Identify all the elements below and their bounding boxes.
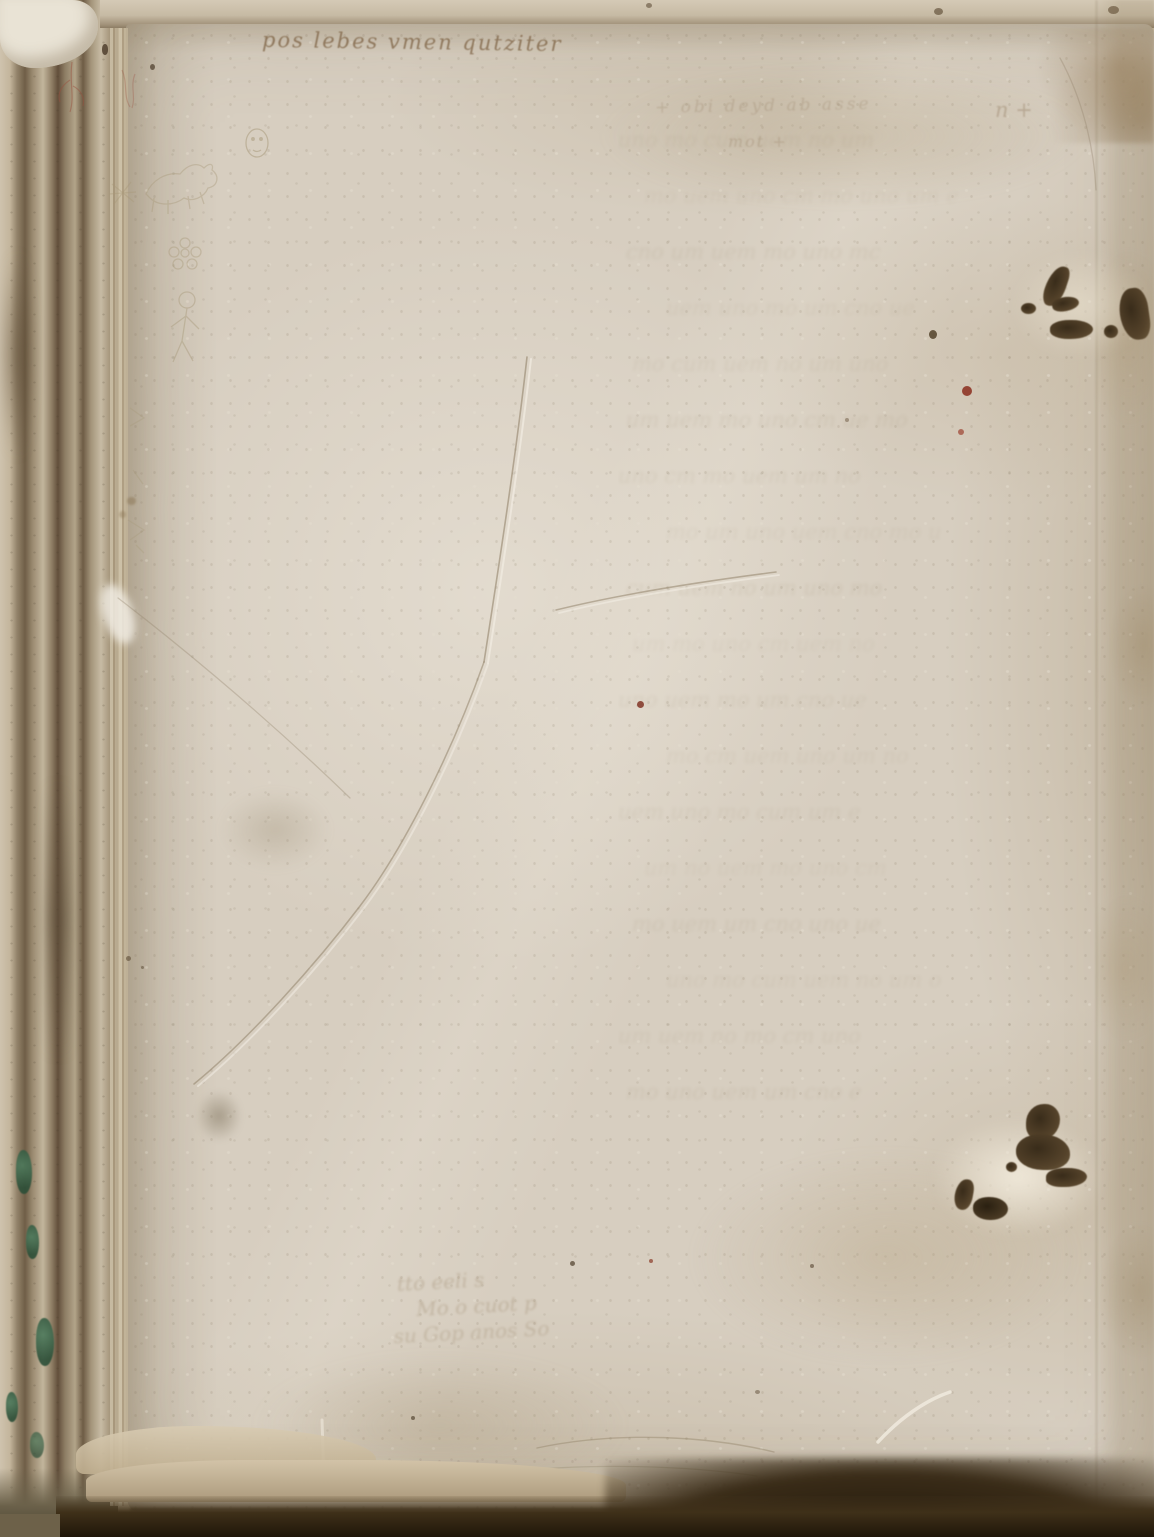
animal-sketch — [146, 164, 217, 214]
crease-lines — [118, 58, 1096, 1482]
faint-sketches — [109, 129, 268, 553]
red-ink-spot — [958, 429, 964, 435]
parchment-hole — [1104, 325, 1118, 338]
bottom-dark-band — [0, 1514, 60, 1537]
wormhole-speck — [150, 64, 155, 70]
dark-speck — [934, 8, 943, 15]
dark-speck — [126, 956, 131, 961]
red-ink-spot — [649, 1259, 653, 1263]
dark-speck — [646, 3, 652, 8]
parchment-hole — [1006, 1162, 1017, 1172]
dark-speck — [570, 1261, 575, 1266]
red-plant-sketch — [59, 62, 135, 112]
parchment-hole — [973, 1197, 1008, 1220]
dark-speck — [845, 418, 849, 422]
red-ink-spot — [962, 386, 972, 396]
dark-speck — [141, 966, 144, 969]
manuscript-page-photo: uno mo cum uem no ummo uem uno cm mo uno… — [0, 0, 1154, 1537]
dark-speck — [411, 1416, 415, 1420]
margin-marks-sketch — [128, 408, 144, 553]
face-sketch — [246, 129, 268, 157]
dark-speck — [810, 1264, 814, 1268]
wormhole-speck — [102, 44, 108, 55]
bottom-dark-band — [56, 1496, 1154, 1537]
flower-sketch — [169, 238, 201, 269]
brown-smudge — [127, 497, 136, 505]
brown-smudge — [119, 511, 126, 518]
dark-speck — [929, 330, 937, 339]
figure-sketch — [171, 292, 199, 362]
dark-speck — [755, 1390, 760, 1394]
dark-speck — [1108, 6, 1119, 14]
crease-and-sketch-overlay — [0, 0, 1154, 1537]
red-ink-spot — [637, 701, 644, 708]
star-sketch — [109, 182, 136, 204]
parchment-hole — [1016, 1134, 1070, 1170]
parchment-hole — [1021, 303, 1036, 314]
